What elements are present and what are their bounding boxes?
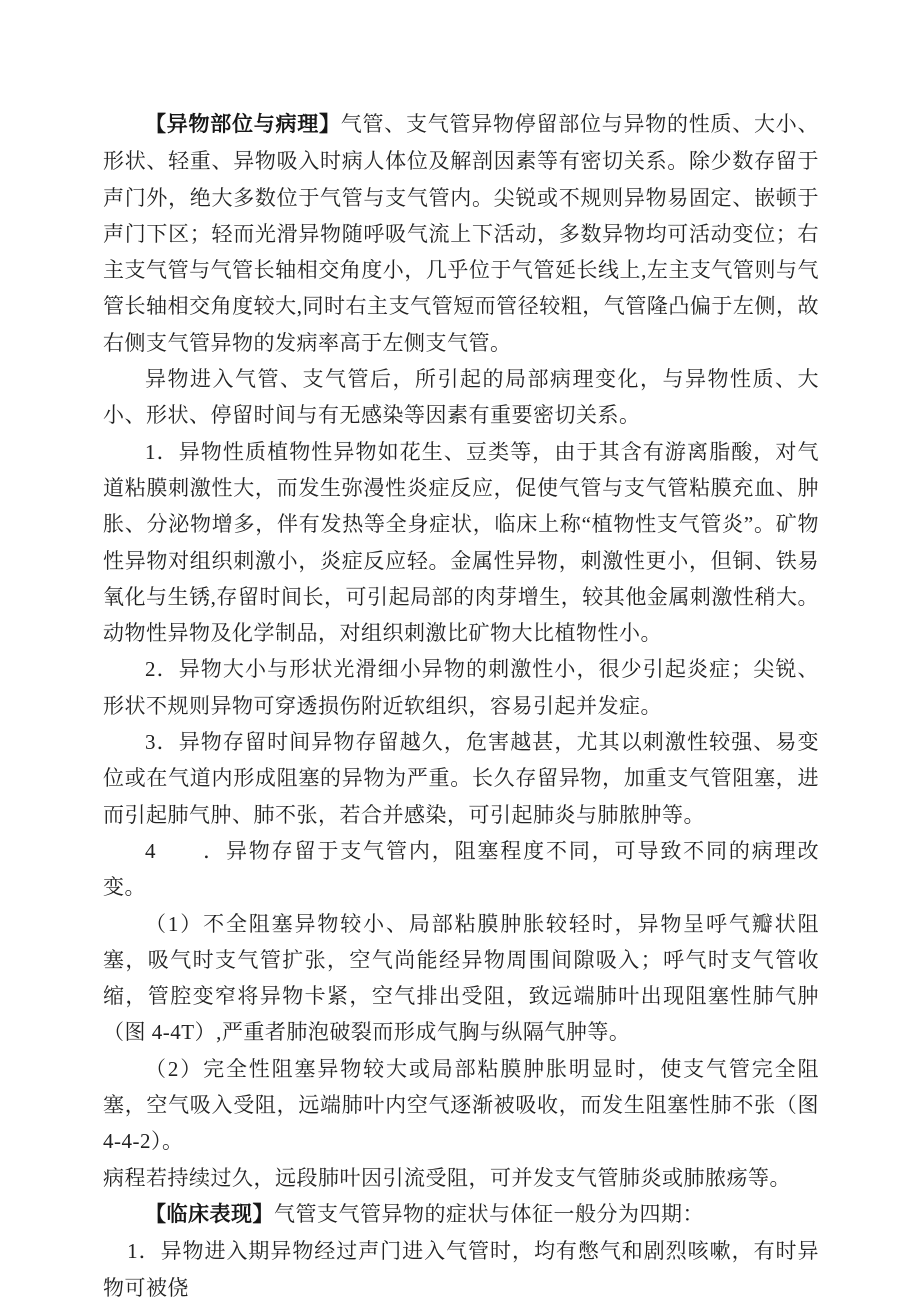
paragraph: 3．异物存留时间异物存留越久，危害越甚，尤其以刺激性较强、易变位或在气道内形成阻… bbox=[103, 724, 819, 833]
paragraph-text: 气管、支气管异物停留部位与异物的性质、大小、形状、轻重、异物吸入时病人体位及解剖… bbox=[103, 112, 819, 355]
paragraph: （2）完全性阻塞异物较大或局部粘膜肿胀明显时，使支气管完全阻塞，空气吸入受阻，远… bbox=[103, 1051, 819, 1160]
paragraph: 【临床表现】气管支气管异物的症状与体征一般分为四期： bbox=[103, 1196, 819, 1233]
paragraph: 2．异物大小与形状光滑细小异物的刺激性小，很少引起炎症；尖锐、形状不规则异物可穿… bbox=[103, 651, 819, 724]
paragraph: 4 ．异物存留于支气管内，阻塞程度不同，可导致不同的病理改变。 bbox=[103, 833, 819, 906]
paragraph: （1）不全阻塞异物较小、局部粘膜肿胀较轻时，异物呈呼气瓣状阻塞，吸气时支气管扩张… bbox=[103, 906, 819, 1051]
paragraph: 【异物部位与病理】气管、支气管异物停留部位与异物的性质、大小、形状、轻重、异物吸… bbox=[103, 106, 819, 361]
paragraph: 1．异物性质植物性异物如花生、豆类等，由于其含有游离脂酸，对气道粘膜刺激性大，而… bbox=[103, 434, 819, 652]
paragraph: 异物进入气管、支气管后，所引起的局部病理变化，与异物性质、大小、形状、停留时间与… bbox=[103, 361, 819, 434]
paragraph-text: 气管支气管异物的症状与体征一般分为四期： bbox=[274, 1202, 704, 1226]
text-content: 【异物部位与病理】气管、支气管异物停留部位与异物的性质、大小、形状、轻重、异物吸… bbox=[103, 106, 819, 1301]
paragraph: 病程若持续过久，远段肺叶因引流受阻，可并发支气管肺炎或肺脓疡等。 bbox=[103, 1160, 819, 1196]
paragraph: 1．异物进入期异物经过声门进入气管时，均有憋气和剧烈咳嗽，有时异物可被侥 bbox=[103, 1233, 819, 1301]
section-heading: 【异物部位与病理】 bbox=[145, 113, 341, 136]
document-page: 【异物部位与病理】气管、支气管异物停留部位与异物的性质、大小、形状、轻重、异物吸… bbox=[0, 0, 920, 1301]
section-heading: 【临床表现】 bbox=[145, 1203, 274, 1226]
